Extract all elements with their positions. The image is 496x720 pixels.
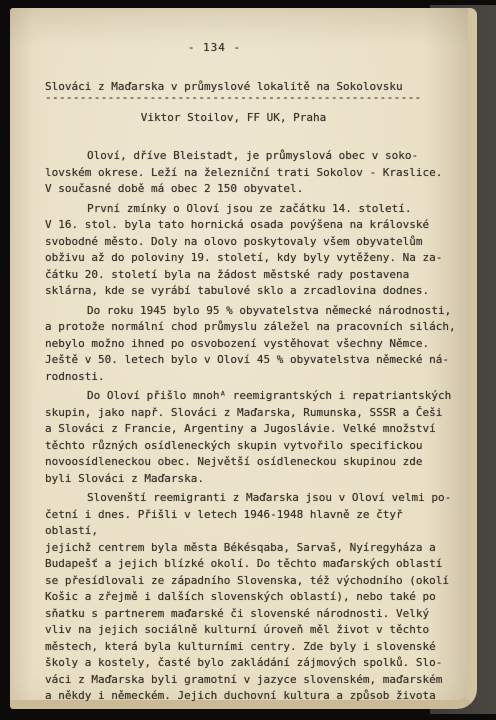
paragraph-2: První zmínky o Oloví jsou ze začátku 14.… bbox=[45, 201, 458, 300]
article-body: Oloví, dříve Bleistadt, je průmyslová ob… bbox=[45, 148, 458, 705]
page-number: - 134 - bbox=[45, 40, 384, 56]
scanned-page-photo: - 134 - Slováci z Maďarska v průmyslové … bbox=[0, 0, 496, 720]
paragraph-4: Do Oloví přišlo mnohᴬ reemigrantských i … bbox=[45, 388, 458, 487]
document-page: - 134 - Slováci z Maďarska v průmyslové … bbox=[10, 8, 477, 709]
paragraph-5: Slovenští reemigranti z Maďarska jsou v … bbox=[45, 490, 458, 705]
title-underline: ----------------------------------------… bbox=[45, 93, 458, 102]
paragraph-1: Oloví, dříve Bleistadt, je průmyslová ob… bbox=[45, 148, 458, 198]
author-line: Viktor Stoilov, FF UK, Praha bbox=[45, 110, 422, 126]
paragraph-3: Do roku 1945 bylo 95 % obyvatelstva něme… bbox=[45, 303, 458, 386]
page-content: - 134 - Slováci z Maďarska v průmyslové … bbox=[10, 8, 468, 705]
